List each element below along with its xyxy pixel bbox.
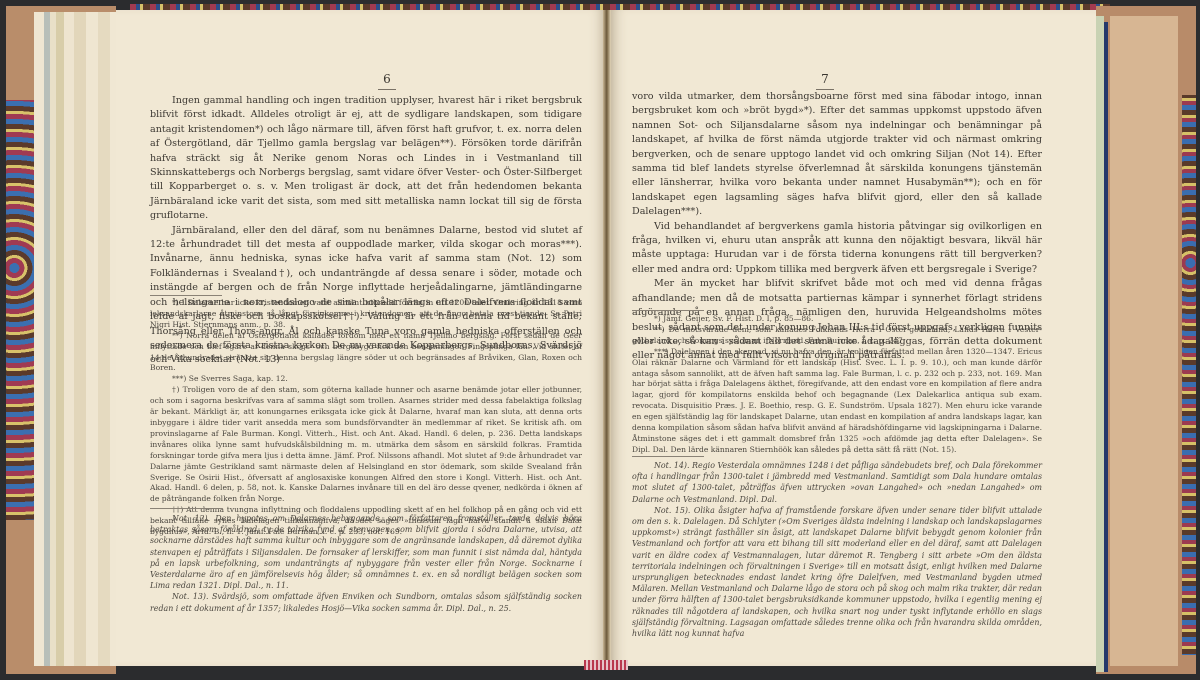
marbled-endpaper-left	[6, 100, 34, 520]
right-footnotes: *) Jämf. Geijer, Sv. F. Hist. D. I, p. 8…	[632, 314, 1042, 456]
note: Not. 13). Svärdsjö, som omfattade äfven …	[150, 591, 582, 613]
page-number-right: 7	[810, 72, 840, 90]
left-page: 6 Ingen gammal handling och ingen tradit…	[116, 10, 608, 666]
footnote-divider	[150, 295, 222, 296]
footnote: *) I Dalarne har icke kristendomen varit…	[150, 298, 582, 331]
marbled-endpaper-right	[1182, 95, 1196, 655]
footnote: ***) Dalelagen i den skepnad, vi nu hafv…	[632, 347, 1042, 456]
right-notes: Not. 14). Regio Vesterdala omnämnes 1248…	[632, 460, 1042, 639]
paragraph: Ingen gammal handling och ingen traditio…	[150, 94, 582, 224]
page-edge-navy	[1104, 22, 1108, 672]
notes-divider	[632, 456, 704, 457]
stacked-page-edges-left	[34, 12, 118, 666]
note: Not. 15). Olika åsigter hafva af framstå…	[632, 505, 1042, 639]
flyleaf-right	[1110, 16, 1178, 666]
spine-gutter	[603, 10, 611, 668]
paragraph: Vid behandlandet af bergverkens gamla hi…	[632, 220, 1042, 278]
left-footnotes: *) I Dalarne har icke kristendomen varit…	[150, 298, 582, 538]
footnote: †) Troligen voro de af den stam, som göt…	[150, 385, 582, 505]
note: Not. 14). Regio Vesterdala omnämnes 1248…	[632, 460, 1042, 505]
notes-divider	[150, 508, 222, 509]
page-edge-green	[1096, 16, 1104, 672]
note: Not. 12). Den hypotes om Dalarnes bebygg…	[150, 513, 582, 591]
left-notes: Not. 12). Den hypotes om Dalarnes bebygg…	[150, 513, 582, 614]
paragraph: voro vilda utmarker, dem thorsångsboarne…	[632, 90, 1042, 220]
footnote: **) Norra delen af Östergötland kallades…	[150, 331, 582, 375]
footnote: ***) Se Sverres Saga, kap. 12.	[150, 374, 582, 385]
page-number-left: 6	[372, 72, 402, 90]
headband	[584, 660, 628, 670]
footnote: *) Jämf. Geijer, Sv. F. Hist. D. I, p. 8…	[632, 314, 1042, 325]
footnote-divider	[632, 310, 704, 311]
footnote: **) De motsvarade dem, som kallades Folk…	[632, 325, 1042, 347]
right-page: 7 voro vilda utmarker, dem thorsångsboar…	[608, 10, 1096, 666]
